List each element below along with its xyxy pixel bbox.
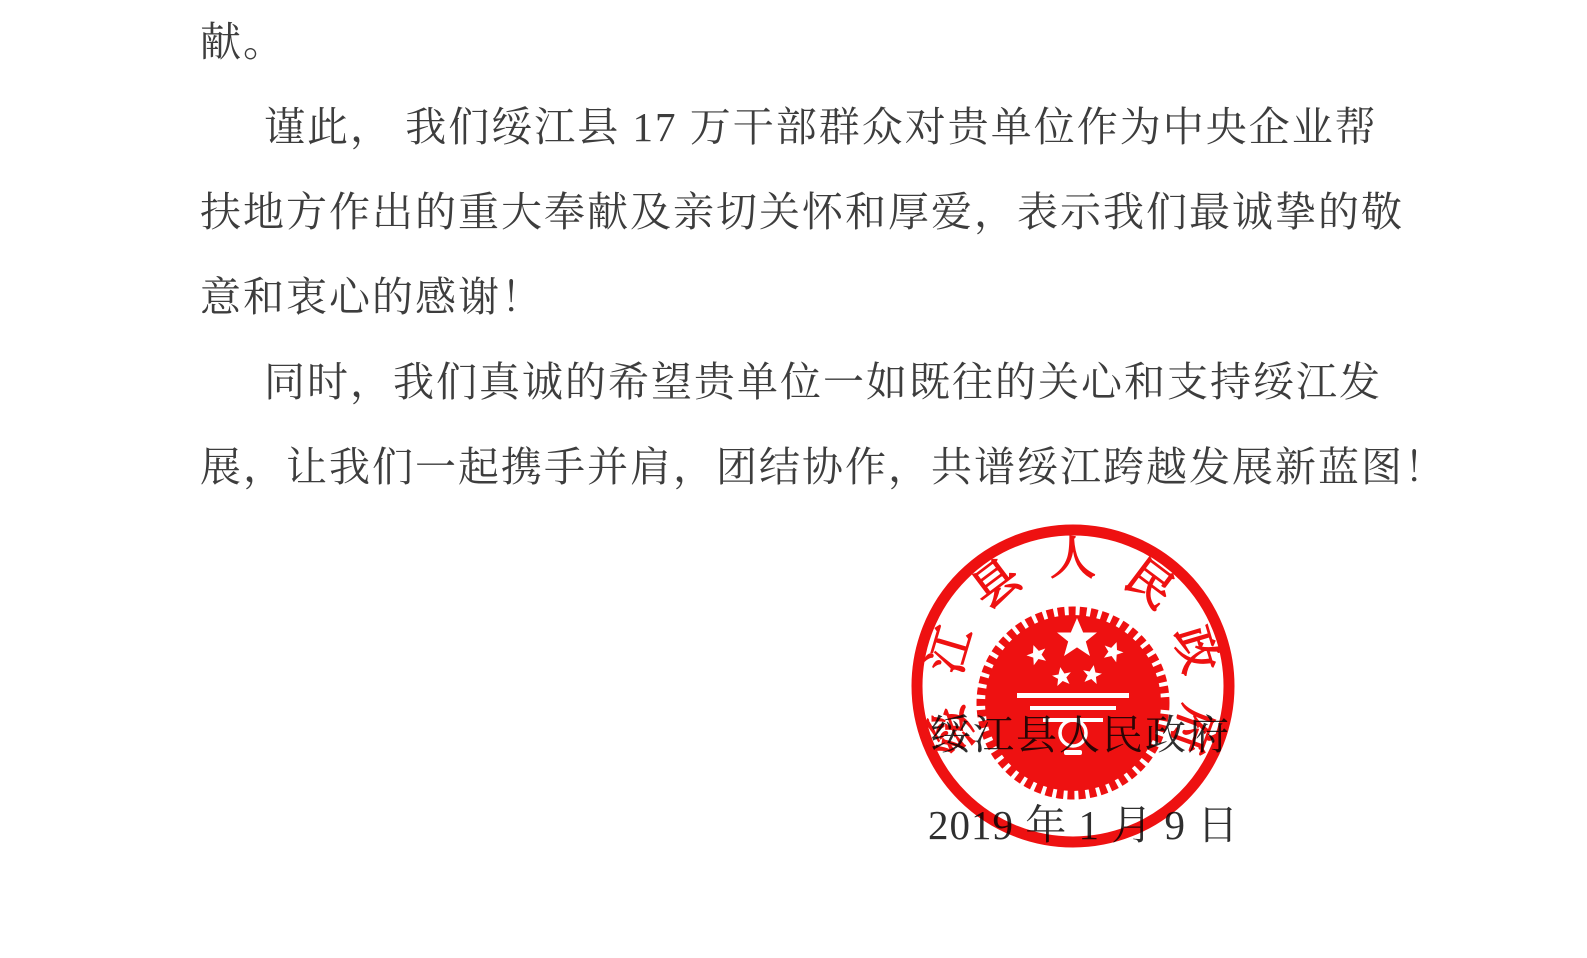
body-line: 献。 xyxy=(200,0,1390,85)
body-line: 同时，我们真诚的希望贵单位一如既往的关心和支持绥江发 xyxy=(200,340,1390,425)
letter-body: 献。 谨此， 我们绥江县 17 万干部群众对贵单位作为中央企业帮 扶地方作出的重… xyxy=(200,0,1390,510)
body-line: 意和衷心的感谢！ xyxy=(200,255,1390,340)
document-page: 献。 谨此， 我们绥江县 17 万干部群众对贵单位作为中央企业帮 扶地方作出的重… xyxy=(0,0,1587,958)
seal-arc-char: 人 xyxy=(1050,533,1096,584)
national-emblem xyxy=(981,611,1165,795)
official-seal: 绥 江 县 人 民 政 府 xyxy=(903,516,1243,856)
body-line: 谨此， 我们绥江县 17 万干部群众对贵单位作为中央企业帮 xyxy=(200,85,1390,170)
body-line: 展，让我们一起携手并肩，团结协作，共谱绥江跨越发展新蓝图！ xyxy=(200,425,1390,510)
body-line: 扶地方作出的重大奉献及亲切关怀和厚爱，表示我们最诚挚的敬 xyxy=(200,170,1390,255)
